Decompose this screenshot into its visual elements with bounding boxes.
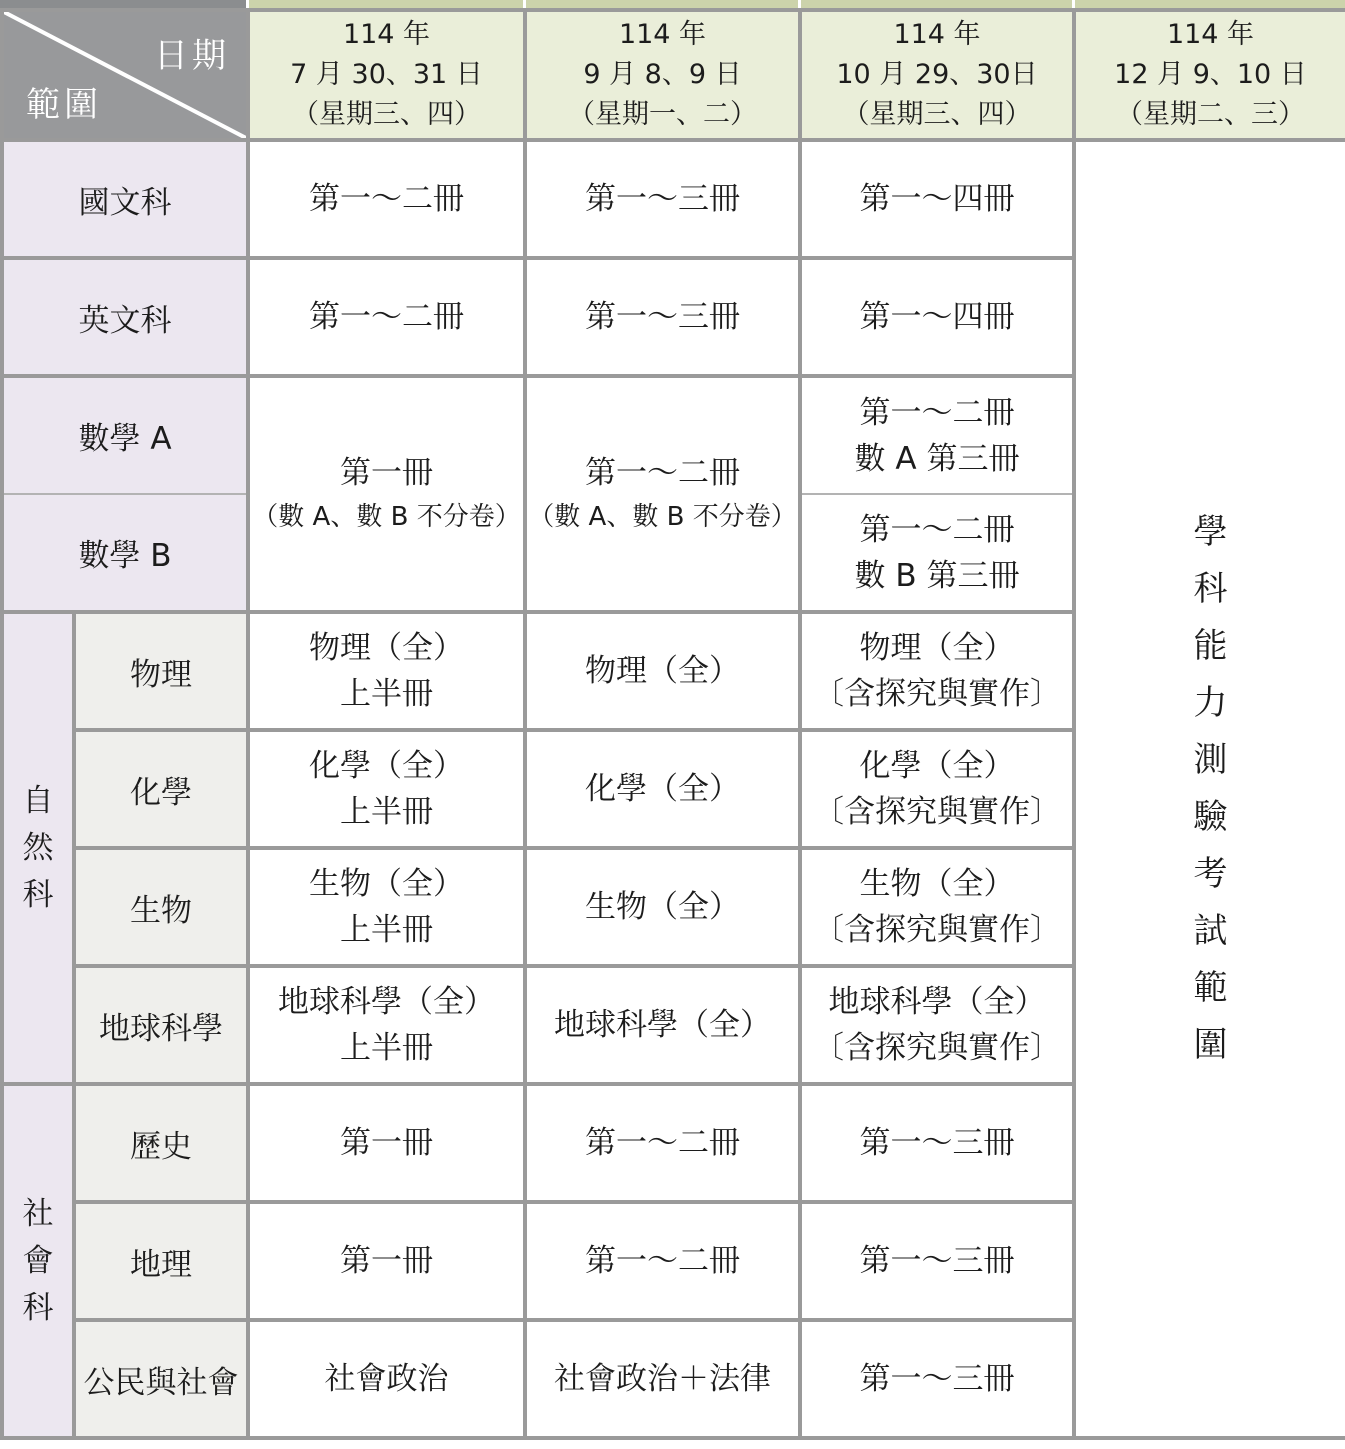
cell-line: 化學（全）: [802, 743, 1072, 789]
cell-line: 生物（全）: [802, 861, 1072, 907]
top-strip-green-segment: [1072, 0, 1345, 8]
cell-line: 地球科學（全）: [250, 979, 523, 1025]
cell-physics-july: 物理（全） 上半冊: [248, 612, 525, 730]
cell-chinese-september: 第一～三冊: [525, 140, 800, 258]
cell-earth-science-july: 地球科學（全） 上半冊: [248, 966, 525, 1084]
column-header-september: 114 年 9 月 8、9 日 （星期一、二）: [525, 10, 800, 140]
cell-line: 生物（全）: [250, 861, 523, 907]
group-label-science: 自然科: [2, 612, 74, 1084]
top-strip-green-segment: [246, 0, 523, 8]
cell-math-september: 第一～二冊 （數 A、數 B 不分卷）: [525, 376, 800, 612]
cell-earth-science-october: 地球科學（全） 〔含探究與實作〕: [800, 966, 1074, 1084]
cell-biology-october: 生物（全） 〔含探究與實作〕: [800, 848, 1074, 966]
subject-label-civics: 公民與社會: [74, 1320, 248, 1438]
header-line: 114 年: [527, 15, 798, 55]
cell-physics-october: 物理（全） 〔含探究與實作〕: [800, 612, 1074, 730]
cell-line: 上半冊: [250, 789, 523, 835]
row-chinese: 國文科 第一～二冊 第一～三冊 第一～四冊 學科能力測驗考試範圍: [2, 140, 1345, 258]
cell-line: 〔含探究與實作〕: [802, 907, 1072, 953]
cell-history-september: 第一～二冊: [525, 1084, 800, 1202]
cell-english-october: 第一～四冊: [800, 258, 1074, 376]
cell-line: 地球科學（全）: [802, 979, 1072, 1025]
cell-geography-july: 第一冊: [248, 1202, 525, 1320]
header-line: 114 年: [802, 15, 1072, 55]
cell-line: 第一～二冊: [527, 450, 798, 496]
cell-line: 第一冊: [250, 450, 523, 496]
cell-note: （數 A、數 B 不分卷）: [250, 496, 523, 538]
cell-chinese-july: 第一～二冊: [248, 140, 525, 258]
group-label-social: 社會科: [2, 1084, 74, 1438]
subject-label-geography: 地理: [74, 1202, 248, 1320]
header-row: 日期 範圍 114 年 7 月 30、31 日 （星期三、四） 114 年 9 …: [2, 10, 1345, 140]
cell-math-july: 第一冊 （數 A、數 B 不分卷）: [248, 376, 525, 612]
cell-physics-september: 物理（全）: [525, 612, 800, 730]
column-header-july: 114 年 7 月 30、31 日 （星期三、四）: [248, 10, 525, 140]
cell-line: 〔含探究與實作〕: [802, 789, 1072, 835]
header-line: （星期三、四）: [802, 95, 1072, 135]
cell-line: 〔含探究與實作〕: [802, 1025, 1072, 1071]
cell-chemistry-october: 化學（全） 〔含探究與實作〕: [800, 730, 1074, 848]
subject-label-history: 歷史: [74, 1084, 248, 1202]
cell-biology-july: 生物（全） 上半冊: [248, 848, 525, 966]
column-header-december: 114 年 12 月 9、10 日 （星期二、三）: [1074, 10, 1345, 140]
cell-math-b-october: 第一～二冊 數 B 第三冊: [800, 494, 1074, 612]
header-line: 114 年: [1076, 15, 1345, 55]
cell-earth-science-september: 地球科學（全）: [525, 966, 800, 1084]
cell-line: 數 A 第三冊: [802, 436, 1072, 482]
cell-line: 化學（全）: [250, 743, 523, 789]
subject-label-chemistry: 化學: [74, 730, 248, 848]
cell-line: 物理（全）: [802, 625, 1072, 671]
cell-december-span: 學科能力測驗考試範圍: [1074, 140, 1345, 1438]
cell-chemistry-july: 化學（全） 上半冊: [248, 730, 525, 848]
subject-label-chinese: 國文科: [2, 140, 248, 258]
cell-math-a-october: 第一～二冊 數 A 第三冊: [800, 376, 1074, 494]
top-strip-green-segment: [798, 0, 1072, 8]
cell-chinese-october: 第一～四冊: [800, 140, 1074, 258]
header-line: （星期一、二）: [527, 95, 798, 135]
cell-chemistry-september: 化學（全）: [525, 730, 800, 848]
header-line: （星期三、四）: [250, 95, 523, 135]
cell-english-july: 第一～二冊: [248, 258, 525, 376]
top-edge-strip: [0, 0, 1345, 8]
header-line: 7 月 30、31 日: [250, 55, 523, 95]
social-vertical-label: 社會科: [20, 1191, 56, 1332]
cell-line: 物理（全）: [250, 625, 523, 671]
subject-label-physics: 物理: [74, 612, 248, 730]
subject-label-english: 英文科: [2, 258, 248, 376]
cell-geography-october: 第一～三冊: [800, 1202, 1074, 1320]
cell-line: 數 B 第三冊: [802, 553, 1072, 599]
cell-note: （數 A、數 B 不分卷）: [527, 496, 798, 538]
december-vertical-text: 學科能力測驗考試範圍: [1192, 504, 1230, 1074]
cell-english-september: 第一～三冊: [525, 258, 800, 376]
exam-scope-schedule-table: 日期 範圍 114 年 7 月 30、31 日 （星期三、四） 114 年 9 …: [0, 8, 1345, 1440]
header-line: （星期二、三）: [1076, 95, 1345, 135]
cell-line: 上半冊: [250, 1025, 523, 1071]
cell-line: 第一～二冊: [802, 390, 1072, 436]
subject-label-earth-science: 地球科學: [74, 966, 248, 1084]
subject-label-math-b: 數學 B: [2, 494, 248, 612]
cell-geography-september: 第一～二冊: [525, 1202, 800, 1320]
science-vertical-label: 自然科: [20, 778, 56, 919]
cell-line: 上半冊: [250, 671, 523, 717]
header-line: 114 年: [250, 15, 523, 55]
cell-history-october: 第一～三冊: [800, 1084, 1074, 1202]
subject-label-biology: 生物: [74, 848, 248, 966]
top-strip-gray-segment: [0, 0, 246, 8]
cell-biology-september: 生物（全）: [525, 848, 800, 966]
cell-history-july: 第一冊: [248, 1084, 525, 1202]
cell-civics-october: 第一～三冊: [800, 1320, 1074, 1438]
corner-scope-label: 範圍: [26, 77, 102, 126]
cell-line: 第一～二冊: [802, 507, 1072, 553]
cell-line: 上半冊: [250, 907, 523, 953]
corner-date-label: 日期: [154, 28, 230, 77]
cell-civics-september: 社會政治＋法律: [525, 1320, 800, 1438]
cell-civics-july: 社會政治: [248, 1320, 525, 1438]
header-line: 12 月 9、10 日: [1076, 55, 1345, 95]
top-strip-green-segment: [523, 0, 798, 8]
cell-line: 〔含探究與實作〕: [802, 671, 1072, 717]
subject-label-math-a: 數學 A: [2, 376, 248, 494]
corner-date-scope-cell: 日期 範圍: [2, 10, 248, 140]
header-line: 10 月 29、30日: [802, 55, 1072, 95]
header-line: 9 月 8、9 日: [527, 55, 798, 95]
column-header-october: 114 年 10 月 29、30日 （星期三、四）: [800, 10, 1074, 140]
